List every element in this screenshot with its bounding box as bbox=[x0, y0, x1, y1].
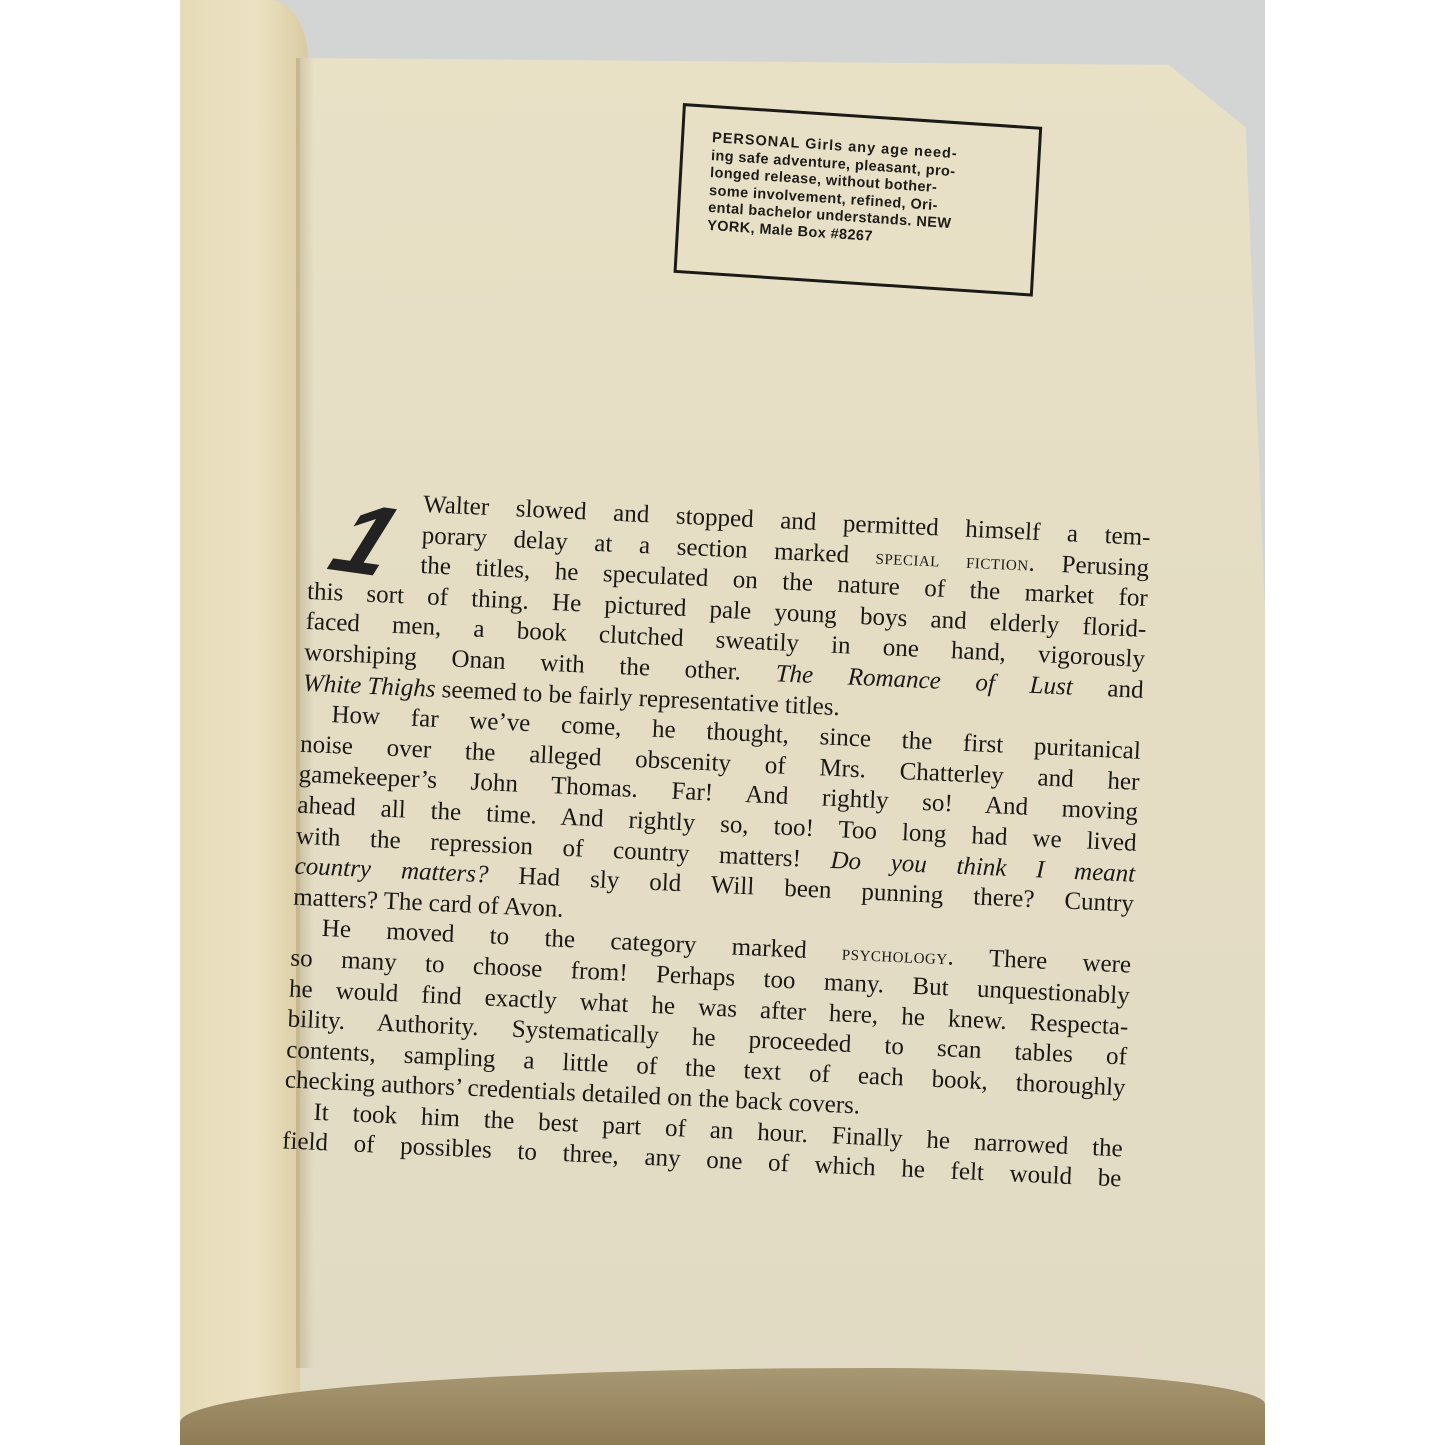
personal-ad-box: PERSONAL Girls any age need- ing safe ad… bbox=[674, 103, 1043, 297]
left-page-edge bbox=[180, 0, 308, 1445]
chapter-body-text: Walter slowed and stopped and permitted … bbox=[281, 485, 1151, 1195]
